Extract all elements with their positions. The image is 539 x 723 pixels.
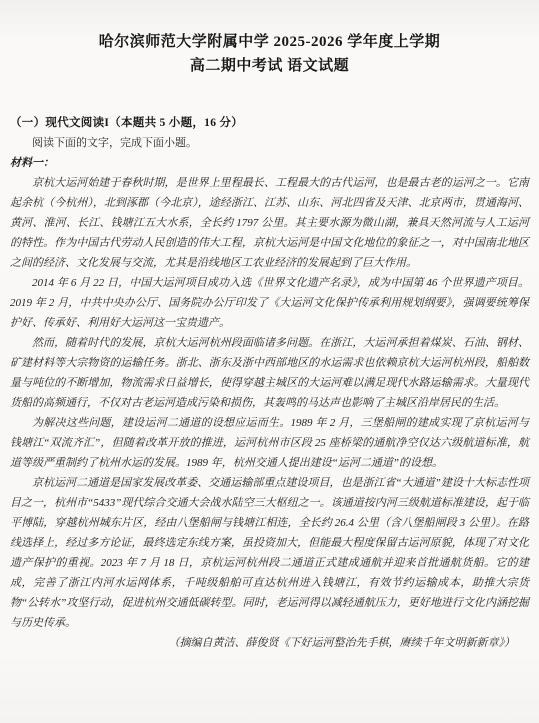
material-paragraph-4: 为解决这些问题，建设运河二通道的设想应运而生。1989 年 2 月，三堡船闸的建…	[10, 413, 529, 473]
reading-instruction: 阅读下面的文字，完成下面小题。	[10, 133, 529, 153]
material-paragraph-2: 2014 年 6 月 22 日，中国大运河项目成功入选《世界文化遗产名录》，成为…	[10, 273, 529, 333]
section-1-heading: （一）现代文阅读I（本题共 5 小题，16 分）	[10, 113, 529, 133]
exam-content: （一）现代文阅读I（本题共 5 小题，16 分） 阅读下面的文字，完成下面小题。…	[10, 113, 529, 653]
material-paragraph-5: 京杭运河二通道是国家发展改革委、交通运输部重点建设项目，也是浙江省“大通道”建设…	[10, 473, 529, 633]
exam-title: 哈尔滨师范大学附属中学 2025-2026 学年度上学期 高二期中考试 语文试题	[0, 0, 539, 78]
material-paragraph-3: 然而，随着时代的发展，京杭大运河杭州段面临诸多问题。在浙江，大运河承担着煤炭、石…	[10, 333, 529, 413]
exam-title-line-1: 哈尔滨师范大学附属中学 2025-2026 学年度上学期	[0, 30, 539, 54]
source-attribution: （摘编自黄洁、薛俊贤《下好运河整治先手棋，赓续千年文明新新章》）	[10, 633, 529, 653]
exam-title-line-2: 高二期中考试 语文试题	[0, 54, 539, 78]
material-paragraph-1: 京杭大运河始建于春秋时期，是世界上里程最长、工程最大的古代运河，也是最古老的运河…	[10, 173, 529, 273]
material-1-label: 材料一：	[10, 153, 529, 173]
exam-paper-page: 哈尔滨师范大学附属中学 2025-2026 学年度上学期 高二期中考试 语文试题…	[0, 0, 539, 723]
